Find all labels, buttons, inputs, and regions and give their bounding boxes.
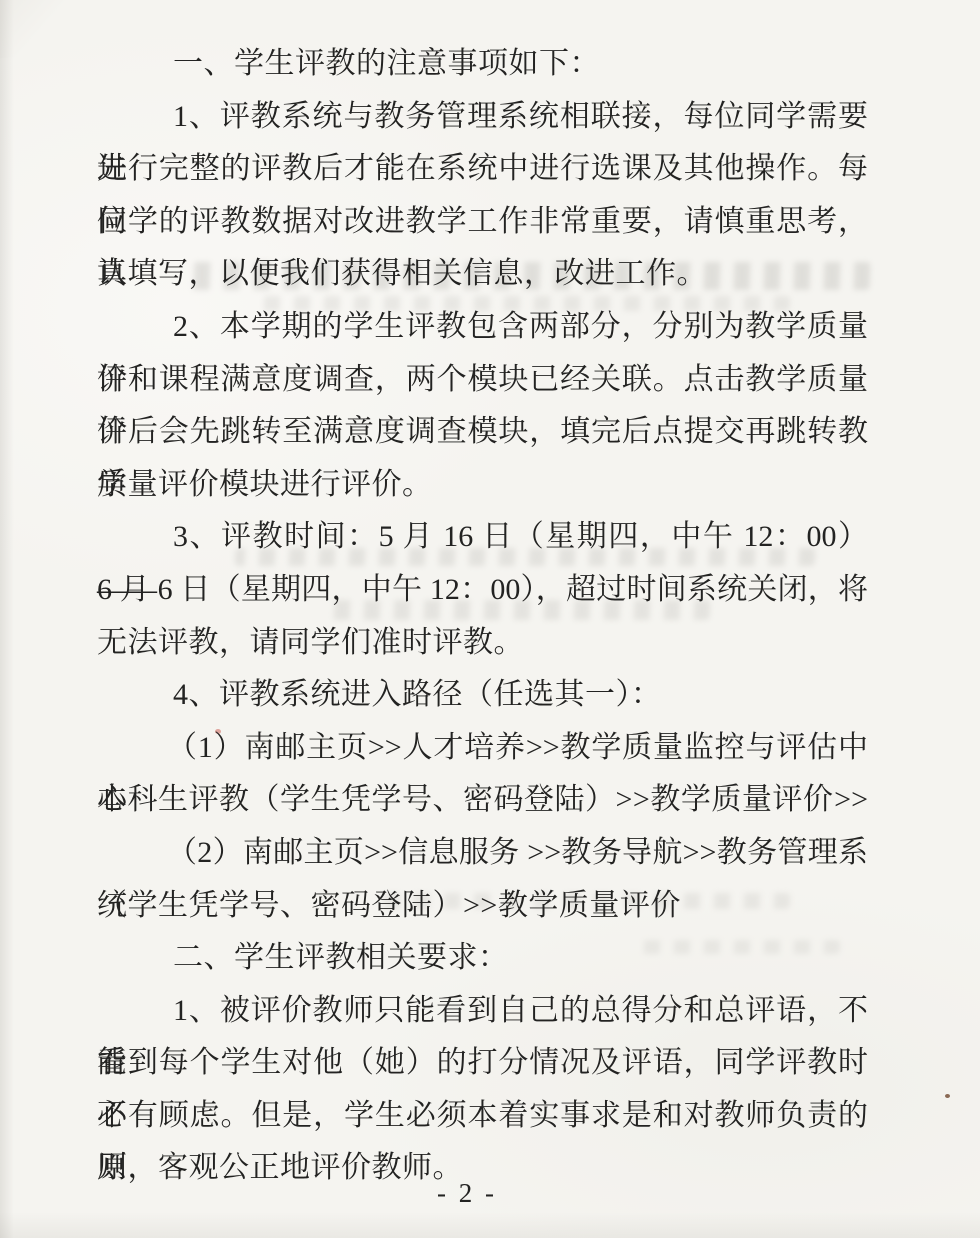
document-body: 一、学生评教的注意事项如下：1、评教系统与教务管理系统相联接，每位同学需要先进行… bbox=[97, 38, 868, 1195]
text-line-7: 价和课程满意度调查，两个模块已经关联。点击教学质量评 bbox=[97, 354, 868, 407]
text-line-6: 2、本学期的学生评教包含两部分，分别为教学质量评 bbox=[97, 301, 868, 354]
text-line-19: 1、被评价教师只能看到自己的总得分和总评语，不能 bbox=[97, 985, 868, 1038]
text-line-10: 3、评教时间：5 月 16 日（星期四，中午 12：00）—— bbox=[97, 511, 868, 564]
text-line-14: （1）南邮主页>>人才培养>>教学质量监控与评估中心>> bbox=[97, 722, 868, 775]
scanned-document-page: 一、学生评教的注意事项如下：1、评教系统与教务管理系统相联接，每位同学需要先进行… bbox=[0, 0, 980, 1238]
text-line-17: （学生凭学号、密码登陆）>>教学质量评价 bbox=[97, 880, 868, 933]
text-line-2: 1、评教系统与教务管理系统相联接，每位同学需要先 bbox=[97, 91, 868, 144]
text-line-11: 6 月 6 日（星期四，中午 12：00），超过时间系统关闭，将 bbox=[97, 564, 868, 617]
text-line-3: 进行完整的评教后才能在系统中进行选课及其他操作。每位 bbox=[97, 143, 868, 196]
text-line-1: 一、学生评教的注意事项如下： bbox=[97, 38, 868, 91]
paper-speck bbox=[945, 1094, 950, 1098]
text-line-9: 质量评价模块进行评价。 bbox=[97, 459, 868, 512]
paper-crease bbox=[0, 0, 93, 60]
text-line-5: 真填写，以便我们获得相关信息，改进工作。 bbox=[97, 248, 868, 301]
text-line-12: 无法评教，请同学们准时评教。 bbox=[97, 617, 868, 670]
text-line-20: 看到每个学生对他（她）的打分情况及评语，同学评教时不 bbox=[97, 1037, 868, 1090]
text-line-21: 必有顾虑。但是，学生必须本着实事求是和对教师负责的原 bbox=[97, 1090, 868, 1143]
text-line-8: 价后会先跳转至满意度调查模块，填完后点提交再跳转教学 bbox=[97, 406, 868, 459]
text-line-4: 同学的评教数据对改进教学工作非常重要，请慎重思考，认 bbox=[97, 196, 868, 249]
text-line-13: 4、评教系统进入路径（任选其一）： bbox=[97, 669, 868, 722]
text-line-15: 本科生评教（学生凭学号、密码登陆）>>教学质量评价 bbox=[97, 774, 868, 827]
scan-edge-shadow-bottom bbox=[0, 1212, 980, 1238]
scan-edge-shadow bbox=[0, 0, 14, 1238]
text-line-16: （2）南邮主页>>信息服务 >>教务导航>>教务管理系统 bbox=[97, 827, 868, 880]
page-number: - 2 - bbox=[0, 1178, 934, 1209]
text-line-18: 二、学生评教相关要求： bbox=[97, 932, 868, 985]
